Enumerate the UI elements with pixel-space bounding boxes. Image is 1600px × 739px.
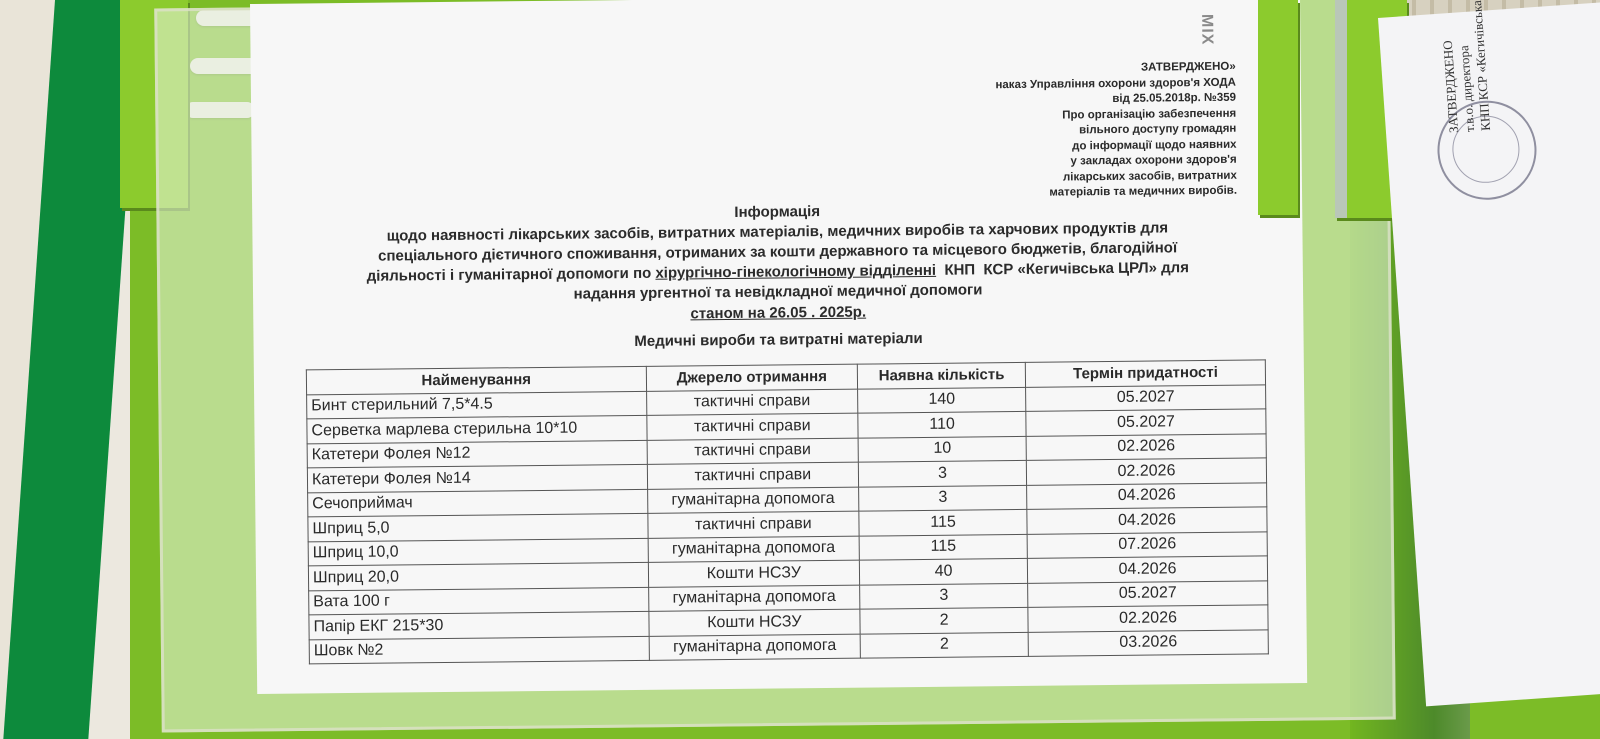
cell-name: Серветка марлева стерильна 10*10 xyxy=(307,415,647,443)
cell-source: тактичні справи xyxy=(646,413,858,440)
cell-name: Папір ЕКГ 215*30 xyxy=(309,611,649,639)
cell-source: тактичні справи xyxy=(646,389,858,416)
cell-name: Вата 100 г xyxy=(309,587,649,615)
cell-quantity: 3 xyxy=(858,460,1026,486)
cell-name: Сечоприймач xyxy=(308,489,648,517)
department-name: хірургічно-гінекологічному відділенні xyxy=(655,262,936,282)
cell-source: тактичні справи xyxy=(647,438,859,465)
cell-expiry: 05.2027 xyxy=(1026,384,1266,411)
cell-source: Кошти НСЗУ xyxy=(648,609,860,636)
cell-quantity: 115 xyxy=(859,509,1027,535)
supplies-table: Найменування Джерело отримання Наявна кі… xyxy=(306,359,1269,664)
cell-quantity: 140 xyxy=(858,387,1026,413)
cell-quantity: 10 xyxy=(858,436,1026,462)
cell-name: Шприц 10,0 xyxy=(308,538,648,566)
cell-name: Катетери Фолея №14 xyxy=(307,464,647,492)
column-header-expiry: Термін придатності xyxy=(1025,360,1265,387)
cell-expiry: 05.2027 xyxy=(1026,409,1266,436)
cell-source: тактичні справи xyxy=(647,462,859,489)
cell-name: Катетери Фолея №12 xyxy=(307,440,647,468)
approval-block: ЗАТВЕРДЖЕНО» наказ Управління охорони зд… xyxy=(876,60,1237,203)
cell-expiry: 04.2026 xyxy=(1027,556,1267,583)
cell-expiry: 02.2026 xyxy=(1028,605,1268,632)
cell-source: гуманітарна допомога xyxy=(649,634,861,661)
holder-bar-right xyxy=(1258,0,1298,215)
cell-expiry: 04.2026 xyxy=(1027,482,1267,509)
cell-quantity: 2 xyxy=(860,607,1028,633)
cell-name: Шовк №2 xyxy=(309,636,649,664)
heading-text: КНП КСР «Кегичівська ЦРЛ» для xyxy=(936,259,1189,279)
cell-quantity: 2 xyxy=(860,632,1028,658)
cell-name: Бинт стерильний 7,5*4.5 xyxy=(307,391,647,419)
cell-quantity: 40 xyxy=(859,558,1027,584)
cell-source: гуманітарна допомога xyxy=(648,536,860,563)
cell-expiry: 07.2026 xyxy=(1027,531,1267,558)
cell-quantity: 110 xyxy=(858,411,1026,437)
cell-source: гуманітарна допомога xyxy=(648,585,860,612)
heading-text: діяльності і гуманітарної допомоги по xyxy=(367,265,656,285)
cell-expiry: 02.2026 xyxy=(1026,433,1266,460)
cell-source: тактичні справи xyxy=(647,511,859,538)
cell-quantity: 115 xyxy=(859,534,1027,560)
cell-source: гуманітарна допомога xyxy=(647,487,859,514)
cell-quantity: 3 xyxy=(860,583,1028,609)
cell-name: Шприц 20,0 xyxy=(308,562,648,590)
cell-quantity: 3 xyxy=(859,485,1027,511)
column-header-quantity: Наявна кількість xyxy=(857,362,1025,388)
document-page: MIX ЗАТВЕРДЖЕНО» наказ Управління охорон… xyxy=(250,0,1307,694)
cell-name: Шприц 5,0 xyxy=(308,513,648,541)
cell-expiry: 04.2026 xyxy=(1027,507,1267,534)
cell-expiry: 05.2027 xyxy=(1028,580,1268,607)
cell-source: Кошти НСЗУ xyxy=(648,560,860,587)
cell-expiry: 03.2026 xyxy=(1028,629,1268,656)
document-heading: Інформація щодо наявності лікарських зас… xyxy=(272,197,1283,308)
brand-mark: MIX xyxy=(1197,14,1215,46)
column-header-name: Найменування xyxy=(306,366,646,394)
section-title: Медичні вироби та витратні матеріали xyxy=(253,326,1303,354)
cell-expiry: 02.2026 xyxy=(1026,458,1266,485)
column-header-source: Джерело отримання xyxy=(646,364,858,391)
side-document-text: ЗАТВЕРДЖЕНО т.в.о. директора КНП КСР «Ке… xyxy=(1435,0,1494,134)
